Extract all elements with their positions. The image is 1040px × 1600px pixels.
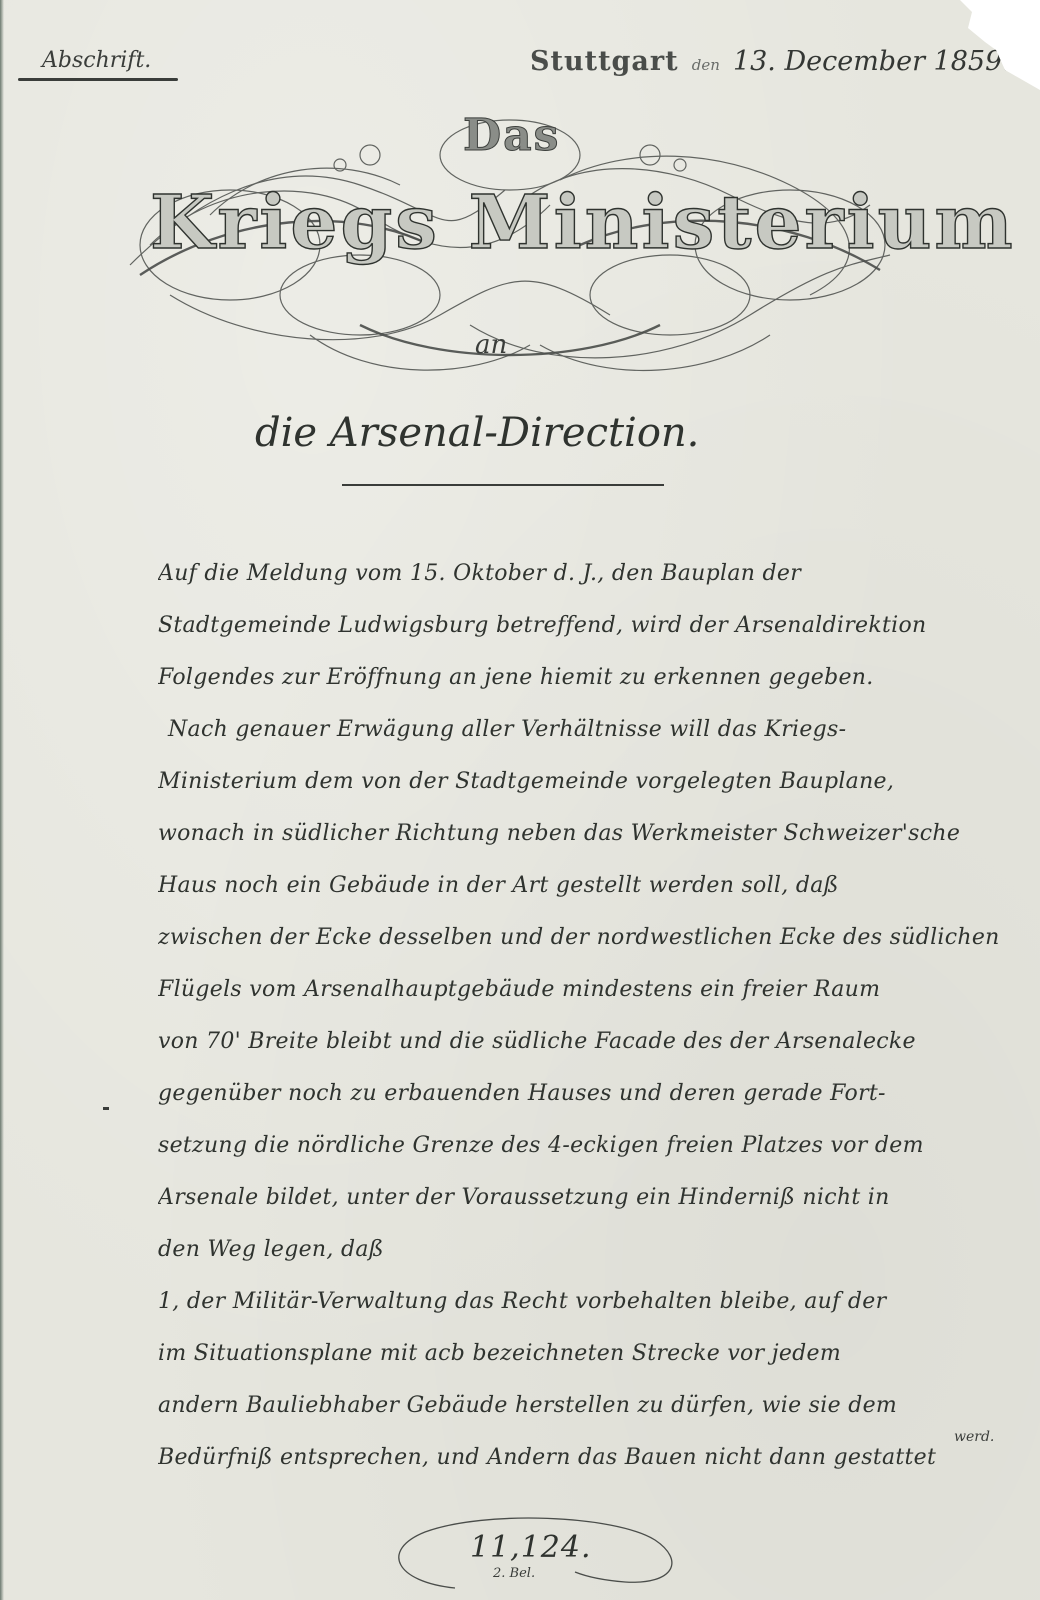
recipient: die Arsenal-Direction. [255, 410, 699, 456]
page-edge-shadow [0, 0, 4, 1600]
body-line: Arsenale bildet, unter der Voraussetzung… [158, 1172, 1018, 1224]
body-line: andern Bauliebhaber Gebäude herstellen z… [158, 1380, 1018, 1432]
document-page: Abschrift. Stuttgart den 13. December 18… [0, 0, 1040, 1600]
body-line: den Weg legen, daß [158, 1224, 1018, 1276]
body-line: Stadtgemeinde Ludwigsburg betreffend, wi… [158, 600, 1018, 652]
reference-number: 11,124. [470, 1530, 592, 1565]
body-line: Folgendes zur Eröffnung an jene hiemit z… [158, 652, 1018, 704]
catchword: werd. [954, 1429, 994, 1445]
body-line: Bedürfniß entsprechen, und Andern das Ba… [158, 1432, 1018, 1484]
body-line: im Situationsplane mit acb bezeichneten … [158, 1328, 1018, 1380]
recipient-underline [342, 484, 664, 486]
body-line: 1, der Militär-Verwaltung das Recht vorb… [158, 1276, 1018, 1328]
body-line: von 70' Breite bleibt und die südliche F… [158, 1016, 1018, 1068]
copy-mark-underline [18, 78, 178, 81]
date: 13. December 1859. [733, 46, 1011, 77]
body-line: gegenüber noch zu erbauenden Hauses und … [158, 1068, 1018, 1120]
copy-mark: Abschrift. [42, 48, 151, 73]
document-title: Kriegs Ministerium [150, 180, 890, 266]
body-line: zwischen der Ecke desselben und der nord… [158, 912, 1018, 964]
body-line: Flügels vom Arsenalhauptgebäude mindeste… [158, 964, 1018, 1016]
title-preposition: an [475, 330, 507, 360]
body-line: Haus noch ein Gebäude in der Art gestell… [158, 860, 1018, 912]
body-line: Nach genauer Erwägung aller Verhältnisse… [158, 704, 1018, 756]
body-line: setzung die nördliche Grenze des 4-eckig… [158, 1120, 1018, 1172]
place-name: Stuttgart [530, 46, 679, 77]
body-line: Ministerium dem von der Stadtgemeinde vo… [158, 756, 1018, 808]
body-line: wonach in südlicher Richtung neben das W… [158, 808, 1018, 860]
letter-body: Auf die Meldung vom 15. Oktober d. J., d… [158, 548, 1018, 1484]
place-date-line: Stuttgart den 13. December 1859. [530, 46, 1011, 77]
reference-enclosure: 2. Bel. [493, 1566, 535, 1581]
body-line: Auf die Meldung vom 15. Oktober d. J., d… [158, 548, 1018, 600]
margin-ink-mark [103, 1107, 109, 1110]
date-prefix: den [692, 56, 720, 74]
title-article: Das [463, 110, 560, 161]
